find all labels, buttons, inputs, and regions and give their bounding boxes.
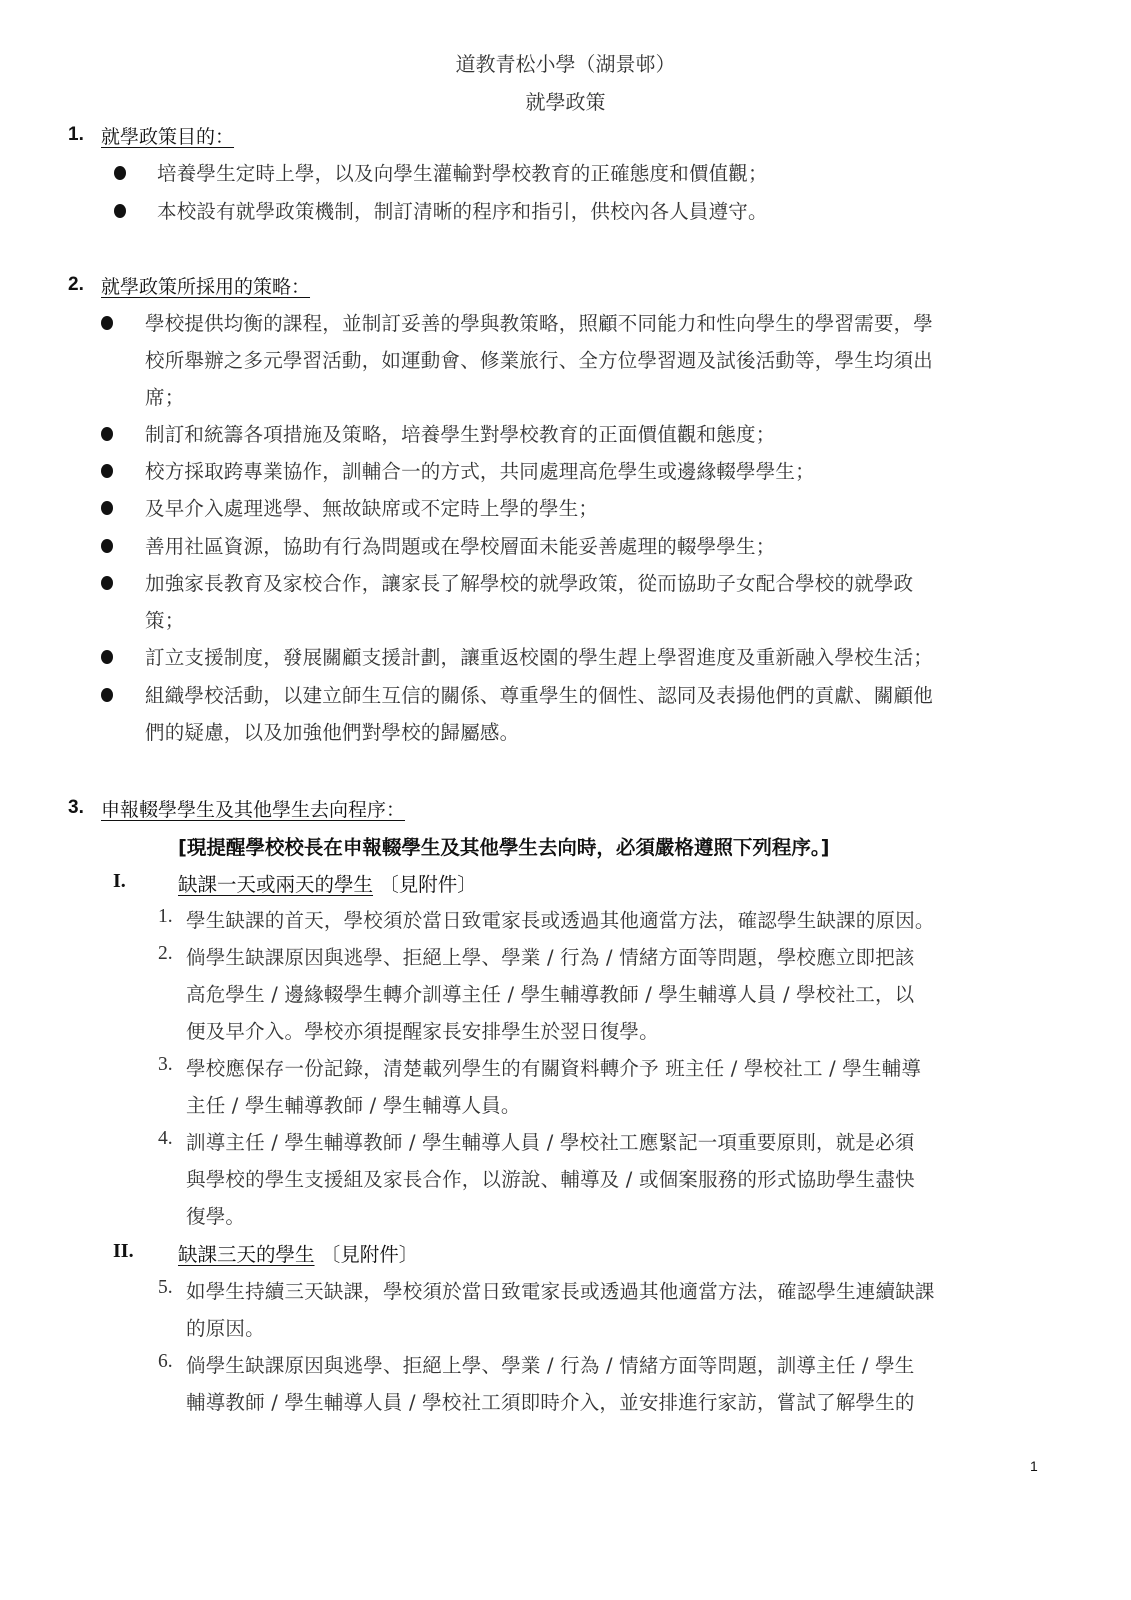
item-2-number: 2. — [158, 943, 173, 965]
subsection-1-heading: 缺課一天或兩天的學生 〔見附件〕 — [178, 869, 477, 897]
section-2-heading: 就學政策所採用的策略： — [101, 272, 310, 299]
bullet-icon — [101, 316, 113, 330]
item-2-line-3: 便及早介入。學校亦須提醒家長安排學生於翌日復學。 — [186, 1016, 659, 1044]
section-3-note: [現提醒學校校長在申報輟學生及其他學生去向時，必須嚴格遵照下列程序。] — [178, 832, 830, 860]
section-2-number: 2. — [68, 274, 84, 296]
section-2-bullet-1-line-2: 校所舉辦之多元學習活動，如運動會、修業旅行、全方位學習週及試後活動等，學生均須出 — [145, 345, 933, 373]
section-2-bullet-4: 及早介入處理逃學、無故缺席或不定時上學的學生； — [145, 493, 598, 521]
bullet-icon — [114, 166, 126, 180]
section-2-bullet-6-line-2: 策； — [145, 605, 184, 633]
bullet-icon — [114, 204, 126, 218]
subsection-2-heading: 缺課三天的學生 〔見附件〕 — [178, 1239, 418, 1267]
item-4-line-2: 與學校的學生支援組及家長合作，以游說、輔導及 / 或個案服務的形式協助學生盡快 — [186, 1164, 915, 1192]
item-1-number: 1. — [158, 906, 173, 928]
item-3-number: 3. — [158, 1054, 173, 1076]
item-3-line-1: 學校應保存一份記錄，清楚載列學生的有關資料轉介予 班主任 / 學校社工 / 學生… — [186, 1053, 921, 1081]
section-2-bullet-3: 校方採取跨專業協作，訓輔合一的方式，共同處理高危學生或邊緣輟學學生； — [145, 456, 815, 484]
section-2-bullet-5: 善用社區資源，協助有行為問題或在學校層面未能妥善處理的輟學學生； — [145, 531, 775, 559]
item-4-line-3: 復學。 — [186, 1201, 245, 1229]
item-3-line-2: 主任 / 學生輔導教師 / 學生輔導人員。 — [186, 1090, 521, 1118]
section-3-heading: 申報輟學學生及其他學生去向程序： — [101, 795, 405, 822]
section-3-number: 3. — [68, 797, 84, 819]
document-title: 就學政策 — [0, 86, 1131, 115]
section-2-bullet-6-line-1: 加強家長教育及家校合作，讓家長了解學校的就學政策，從而協助子女配合學校的就學政 — [145, 568, 913, 596]
item-5-number: 5. — [158, 1277, 173, 1299]
item-1-text: 學生缺課的首天，學校須於當日致電家長或透過其他適當方法，確認學生缺課的原因。 — [186, 905, 935, 933]
item-6-line-2: 輔導教師 / 學生輔導人員 / 學校社工須即時介入，並安排進行家訪，嘗試了解學生… — [186, 1387, 915, 1415]
item-2-line-1: 倘學生缺課原因與逃學、拒絕上學、學業 / 行為 / 情緒方面等問題，學校應立即把… — [186, 942, 915, 970]
item-2-line-2: 高危學生 / 邊緣輟學生轉介訓導主任 / 學生輔導教師 / 學生輔導人員 / 學… — [186, 979, 914, 1007]
item-4-line-1: 訓導主任 / 學生輔導教師 / 學生輔導人員 / 學校社工應緊記一項重要原則，就… — [186, 1127, 915, 1155]
section-2-bullet-7: 訂立支援制度，發展關顧支援計劃，讓重返校園的學生趕上學習進度及重新融入學校生活； — [145, 642, 933, 670]
bullet-icon — [101, 501, 113, 515]
section-2-bullet-8-line-1: 組織學校活動，以建立師生互信的關係、尊重學生的個性、認同及表揚他們的貢獻、關顧他 — [145, 680, 933, 708]
subsection-1-attachment-ref: 〔見附件〕 — [379, 873, 477, 896]
bullet-icon — [101, 464, 113, 478]
section-1-number: 1. — [68, 124, 84, 146]
bullet-icon — [101, 427, 113, 441]
section-2-bullet-1-line-3: 席； — [145, 382, 184, 410]
bullet-icon — [101, 576, 113, 590]
subsection-2-title: 缺課三天的學生 — [178, 1243, 315, 1266]
page-number: 1 — [1030, 1458, 1038, 1474]
subsection-2-attachment-ref: 〔見附件〕 — [321, 1243, 419, 1266]
item-5-line-1: 如學生持續三天缺課，學校須於當日致電家長或透過其他適當方法，確認學生連續缺課 — [186, 1276, 935, 1304]
section-2-bullet-2: 制訂和統籌各項措施及策略，培養學生對學校教育的正面價值觀和態度； — [145, 419, 775, 447]
item-4-number: 4. — [158, 1128, 173, 1150]
section-2-bullet-1-line-1: 學校提供均衡的課程，並制訂妥善的學與教策略，照顧不同能力和性向學生的學習需要，學 — [145, 308, 933, 336]
subsection-1-numeral: I. — [113, 870, 126, 893]
section-1-bullet-1: 培養學生定時上學，以及向學生灌輸對學校教育的正確態度和價值觀； — [157, 158, 768, 186]
item-6-line-1: 倘學生缺課原因與逃學、拒絕上學、學業 / 行為 / 情緒方面等問題，訓導主任 /… — [186, 1350, 915, 1378]
section-1-heading: 就學政策目的： — [101, 122, 234, 149]
subsection-2-numeral: II. — [113, 1240, 134, 1263]
bullet-icon — [101, 688, 113, 702]
item-5-line-2: 的原因。 — [186, 1313, 265, 1341]
bullet-icon — [101, 539, 113, 553]
school-name: 道教青松小學（湖景邨） — [0, 48, 1131, 77]
subsection-1-title: 缺課一天或兩天的學生 — [178, 873, 373, 896]
item-6-number: 6. — [158, 1351, 173, 1373]
section-2-bullet-8-line-2: 們的疑慮，以及加強他們對學校的歸屬感。 — [145, 717, 519, 745]
section-1-bullet-2: 本校設有就學政策機制，制訂清晰的程序和指引，供校內各人員遵守。 — [157, 196, 768, 224]
bullet-icon — [101, 650, 113, 664]
